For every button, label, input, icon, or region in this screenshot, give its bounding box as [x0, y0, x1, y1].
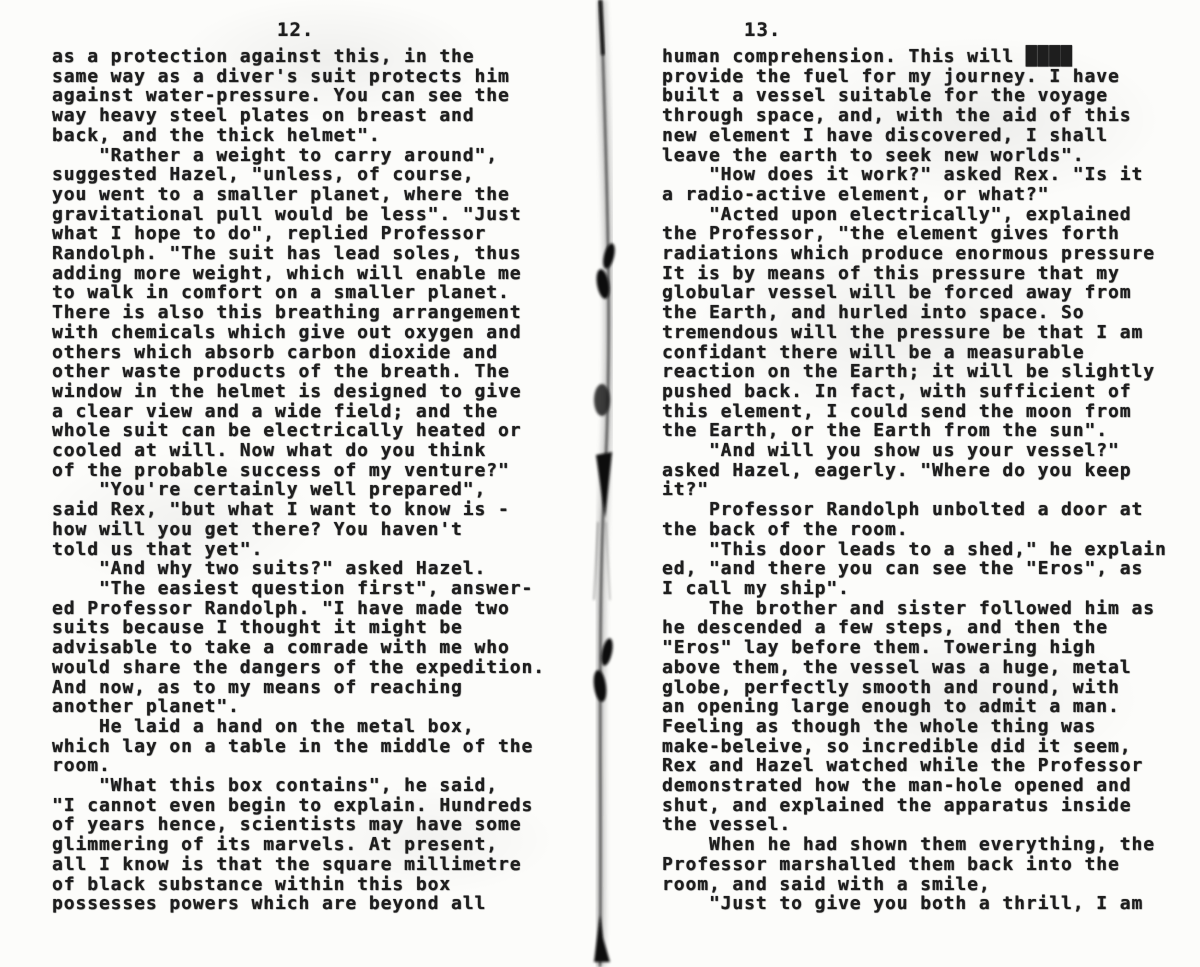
- text-line: provide the fuel for my journey. I have: [662, 67, 1197, 87]
- text-line: When he had shown them everything, the: [662, 835, 1197, 855]
- text-line: a radio-active element, or what?": [662, 185, 1197, 205]
- binding-arrow-mark: [596, 452, 612, 518]
- text-line: would share the dangers of the expeditio…: [52, 658, 597, 678]
- text-line: of years hence, scientists may have some: [52, 815, 597, 835]
- text-line: the vessel.: [662, 815, 1197, 835]
- binding-mark-upper-2: [594, 268, 611, 300]
- text-line: possesses powers which are beyond all: [52, 894, 597, 914]
- text-line: the Earth, or the Earth from the sun".: [662, 421, 1197, 441]
- text-line: "Just to give you both a thrill, I am: [662, 894, 1197, 914]
- text-line: reaction on the Earth; it will be slight…: [662, 362, 1197, 382]
- text-line: confidant there will be a measurable: [662, 343, 1197, 363]
- spine-shadow-band: [600, 0, 609, 967]
- text-line: globular vessel will be forced away from: [662, 283, 1197, 303]
- text-line: "You're certainly well prepared",: [52, 480, 597, 500]
- text-line: "Rather a weight to carry around",: [52, 146, 597, 166]
- text-line: I call my ship".: [662, 579, 1197, 599]
- text-line: this element, I could send the moon from: [662, 402, 1197, 422]
- text-line: adding more weight, which will enable me: [52, 264, 597, 284]
- text-line: demonstrated how the man-hole opened and: [662, 776, 1197, 796]
- spine-bottom-mark: [594, 915, 610, 962]
- text-line: suits because I thought it might be: [52, 618, 597, 638]
- text-line: against water-pressure. You can see the: [52, 86, 597, 106]
- left-page-text-block: as a protection against this, in thesame…: [52, 47, 597, 914]
- text-line: new element I have discovered, I shall: [662, 126, 1197, 146]
- text-line: way heavy steel plates on breast and: [52, 106, 597, 126]
- text-line: It is by means of this pressure that my: [662, 264, 1197, 284]
- text-line: to walk in comfort on a smaller planet.: [52, 283, 597, 303]
- text-line: ed Professor Randolph. "I have made two: [52, 599, 597, 619]
- text-line: "Eros" lay before them. Towering high: [662, 638, 1197, 658]
- text-line: of black substance within this box: [52, 875, 597, 895]
- text-line: room.: [52, 756, 597, 776]
- right-page-text-block: human comprehension. This will ████provi…: [662, 47, 1197, 914]
- text-line: as a protection against this, in the: [52, 47, 597, 67]
- text-line: globe, perfectly smooth and round, with: [662, 678, 1197, 698]
- text-line: room, and said with a smile,: [662, 875, 1197, 895]
- text-line: the Professor, "the element gives forth: [662, 224, 1197, 244]
- text-line: asked Hazel, eagerly. "Where do you keep: [662, 461, 1197, 481]
- text-line: another planet".: [52, 697, 597, 717]
- text-line: the back of the room.: [662, 520, 1197, 540]
- binding-mark-lower-1: [599, 637, 615, 666]
- text-line: tremendous will the pressure be that I a…: [662, 323, 1197, 343]
- text-line: what I hope to do", replied Professor: [52, 224, 597, 244]
- spine-top-mark: [600, 0, 603, 55]
- text-line: it?": [662, 480, 1197, 500]
- text-line: a clear view and a wide field; and the: [52, 402, 597, 422]
- spine-crease-line: [600, 0, 609, 967]
- text-line: Professor marshalled them back into the: [662, 855, 1197, 875]
- text-line: The brother and sister followed him as: [662, 599, 1197, 619]
- text-line: same way as a diver's suit protects him: [52, 67, 597, 87]
- text-line: the Earth, and hurled into space. So: [662, 303, 1197, 323]
- text-line: Rex and Hazel watched while the Professo…: [662, 756, 1197, 776]
- text-line: And now, as to my means of reaching: [52, 678, 597, 698]
- text-line: through space, and, with the aid of this: [662, 106, 1197, 126]
- text-line: "I cannot even begin to explain. Hundred…: [52, 796, 597, 816]
- text-line: how will you get there? You haven't: [52, 520, 597, 540]
- text-line: "And why two suits?" asked Hazel.: [52, 559, 597, 579]
- text-line: above them, the vessel was a huge, metal: [662, 658, 1197, 678]
- binding-mark-upper-1: [601, 242, 617, 270]
- text-line: Professor Randolph unbolted a door at: [662, 500, 1197, 520]
- text-line: pushed back. In fact, with sufficient of: [662, 382, 1197, 402]
- text-line: all I know is that the square millimetre: [52, 855, 597, 875]
- text-line: said Rex, "but what I want to know is -: [52, 500, 597, 520]
- text-line: whole suit can be electrically heated or: [52, 421, 597, 441]
- text-line: he descended a few steps, and then the: [662, 618, 1197, 638]
- text-line: cooled at will. Now what do you think: [52, 441, 597, 461]
- page-number-left: 12.: [277, 19, 314, 41]
- text-line: told us that yet".: [52, 540, 597, 560]
- page-number-right: 13.: [744, 19, 781, 41]
- text-line: window in the helmet is designed to give: [52, 382, 597, 402]
- text-line: "What this box contains", he said,: [52, 776, 597, 796]
- text-line: suggested Hazel, "unless, of course,: [52, 165, 597, 185]
- text-line: make-beleive, so incredible did it seem,: [662, 737, 1197, 757]
- text-line: with chemicals which give out oxygen and: [52, 323, 597, 343]
- text-line: Randolph. "The suit has lead soles, thus: [52, 244, 597, 264]
- text-line: glimmering of its marvels. At present,: [52, 835, 597, 855]
- text-line: human comprehension. This will ████: [662, 47, 1197, 67]
- text-line: gravitational pull would be less". "Just: [52, 205, 597, 225]
- text-line: leave the earth to seek new worlds".: [662, 146, 1197, 166]
- text-line: which lay on a table in the middle of th…: [52, 737, 597, 757]
- text-line: "And will you show us your vessel?": [662, 441, 1197, 461]
- text-line: There is also this breathing arrangement: [52, 303, 597, 323]
- text-line: an opening large enough to admit a man.: [662, 697, 1197, 717]
- text-line: built a vessel suitable for the voyage: [662, 86, 1197, 106]
- text-line: Feeling as though the whole thing was: [662, 717, 1197, 737]
- text-line: others which absorb carbon dioxide and: [52, 343, 597, 363]
- text-line: advisable to take a comrade with me who: [52, 638, 597, 658]
- text-line: other waste products of the breath. The: [52, 362, 597, 382]
- text-line: shut, and explained the apparatus inside: [662, 796, 1197, 816]
- scanned-page-background: 12. 13. as a protection against this, in…: [0, 0, 1200, 967]
- spine-thread-2: [606, 522, 610, 600]
- text-line: "The easiest question first", answer-: [52, 579, 597, 599]
- text-line: "This door leads to a shed," he explain: [662, 540, 1197, 560]
- text-line: "Acted upon electrically", explained: [662, 205, 1197, 225]
- text-line: ed, "and there you can see the "Eros", a…: [662, 559, 1197, 579]
- text-line: back, and the thick helmet".: [52, 126, 597, 146]
- text-line: radiations which produce enormous pressu…: [662, 244, 1197, 264]
- text-line: He laid a hand on the metal box,: [52, 717, 597, 737]
- text-line: of the probable success of my venture?": [52, 461, 597, 481]
- text-line: "How does it work?" asked Rex. "Is it: [662, 165, 1197, 185]
- text-line: you went to a smaller planet, where the: [52, 185, 597, 205]
